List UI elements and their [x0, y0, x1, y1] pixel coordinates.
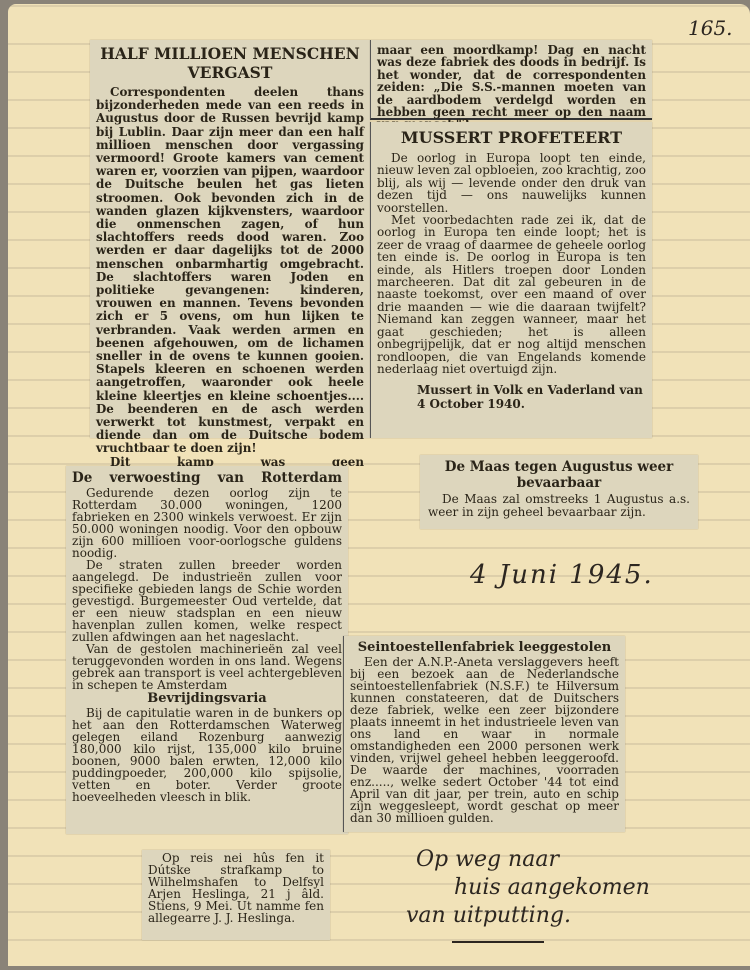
handwritten-underline: [452, 941, 544, 943]
clipping-paragraph: Van de gestolen machinerieën zal veel te…: [72, 643, 342, 691]
scrapbook-page: 165. HALF MILLIOEN MENSCHEN VERGAST Corr…: [8, 4, 750, 966]
handwritten-line: van uitputting.: [406, 902, 650, 930]
handwritten-line: huis aangekomen: [406, 874, 650, 902]
handwritten-note: Op weg naar huis aangekomen van uitputti…: [406, 846, 650, 930]
handwritten-line: Op weg naar: [406, 846, 650, 874]
clipping-maas-bevaarbaar: De Maas tegen Augustus weer bevaarbaar D…: [420, 455, 698, 529]
clipping-subheadline: Bevrijdingsvaria: [72, 691, 342, 707]
clipping-headline: Seintoestellenfabriek leeggestolen: [350, 640, 619, 656]
attribution-line: 4 October 1940.: [417, 397, 646, 411]
handwritten-date: 4 Juni 1945.: [470, 560, 654, 590]
attribution-line: Mussert in Volk en Vaderland van: [417, 383, 646, 397]
clipping-paragraph: De oorlog in Europa loopt ten einde, nie…: [377, 152, 646, 214]
clipping-attribution: Mussert in Volk en Vaderland van 4 Octob…: [377, 383, 646, 411]
clipping-paragraph: Een der A.N.P.-Aneta verslaggevers heeft…: [350, 656, 619, 824]
clipping-headline: De Maas tegen Augustus weer bevaarbaar: [428, 459, 690, 491]
clipping-headline: MUSSERT PROFETEERT: [377, 128, 646, 148]
clipping-op-reis-nei-hus: Op reis nei hûs fen it Dútske strafkamp …: [142, 850, 330, 940]
clipping-paragraph: Bij de capitulatie waren in de bunkers o…: [72, 707, 342, 803]
clipping-headline: HALF MILLIOEN MENSCHEN VERGAST: [96, 44, 364, 82]
clipping-paragraph: De Maas zal omstreeks 1 Augustus a.s. we…: [428, 493, 690, 519]
clipping-half-millioen-vergast: HALF MILLIOEN MENSCHEN VERGAST Correspon…: [90, 40, 370, 438]
clipping-paragraph: Correspondenten deelen thans bijzonderhe…: [96, 86, 364, 456]
clipping-mussert-profeteert: MUSSERT PROFETEERT De oorlog in Europa l…: [370, 122, 652, 438]
page-number: 165.: [688, 16, 733, 40]
clipping-paragraph: Met voorbedachten rade zei ik, dat de oo…: [377, 214, 646, 375]
clipping-headline: De verwoesting van Rotterdam: [72, 470, 342, 487]
clipping-paragraph: De straten zullen breeder worden aangele…: [72, 559, 342, 643]
clipping-paragraph: Op reis nei hûs fen it Dútske strafkamp …: [148, 852, 324, 924]
clipping-seintoestellenfabriek: Seintoestellenfabriek leeggestolen Een d…: [343, 636, 625, 832]
clipping-paragraph: Gedurende dezen oorlog zijn te Rotterdam…: [72, 487, 342, 559]
clipping-continuation: maar een moordkamp! Dag en nacht was dez…: [370, 40, 652, 120]
clipping-paragraph: maar een moordkamp! Dag en nacht was dez…: [377, 44, 646, 131]
clipping-verwoesting-rotterdam: De verwoesting van Rotterdam Gedurende d…: [66, 466, 348, 834]
